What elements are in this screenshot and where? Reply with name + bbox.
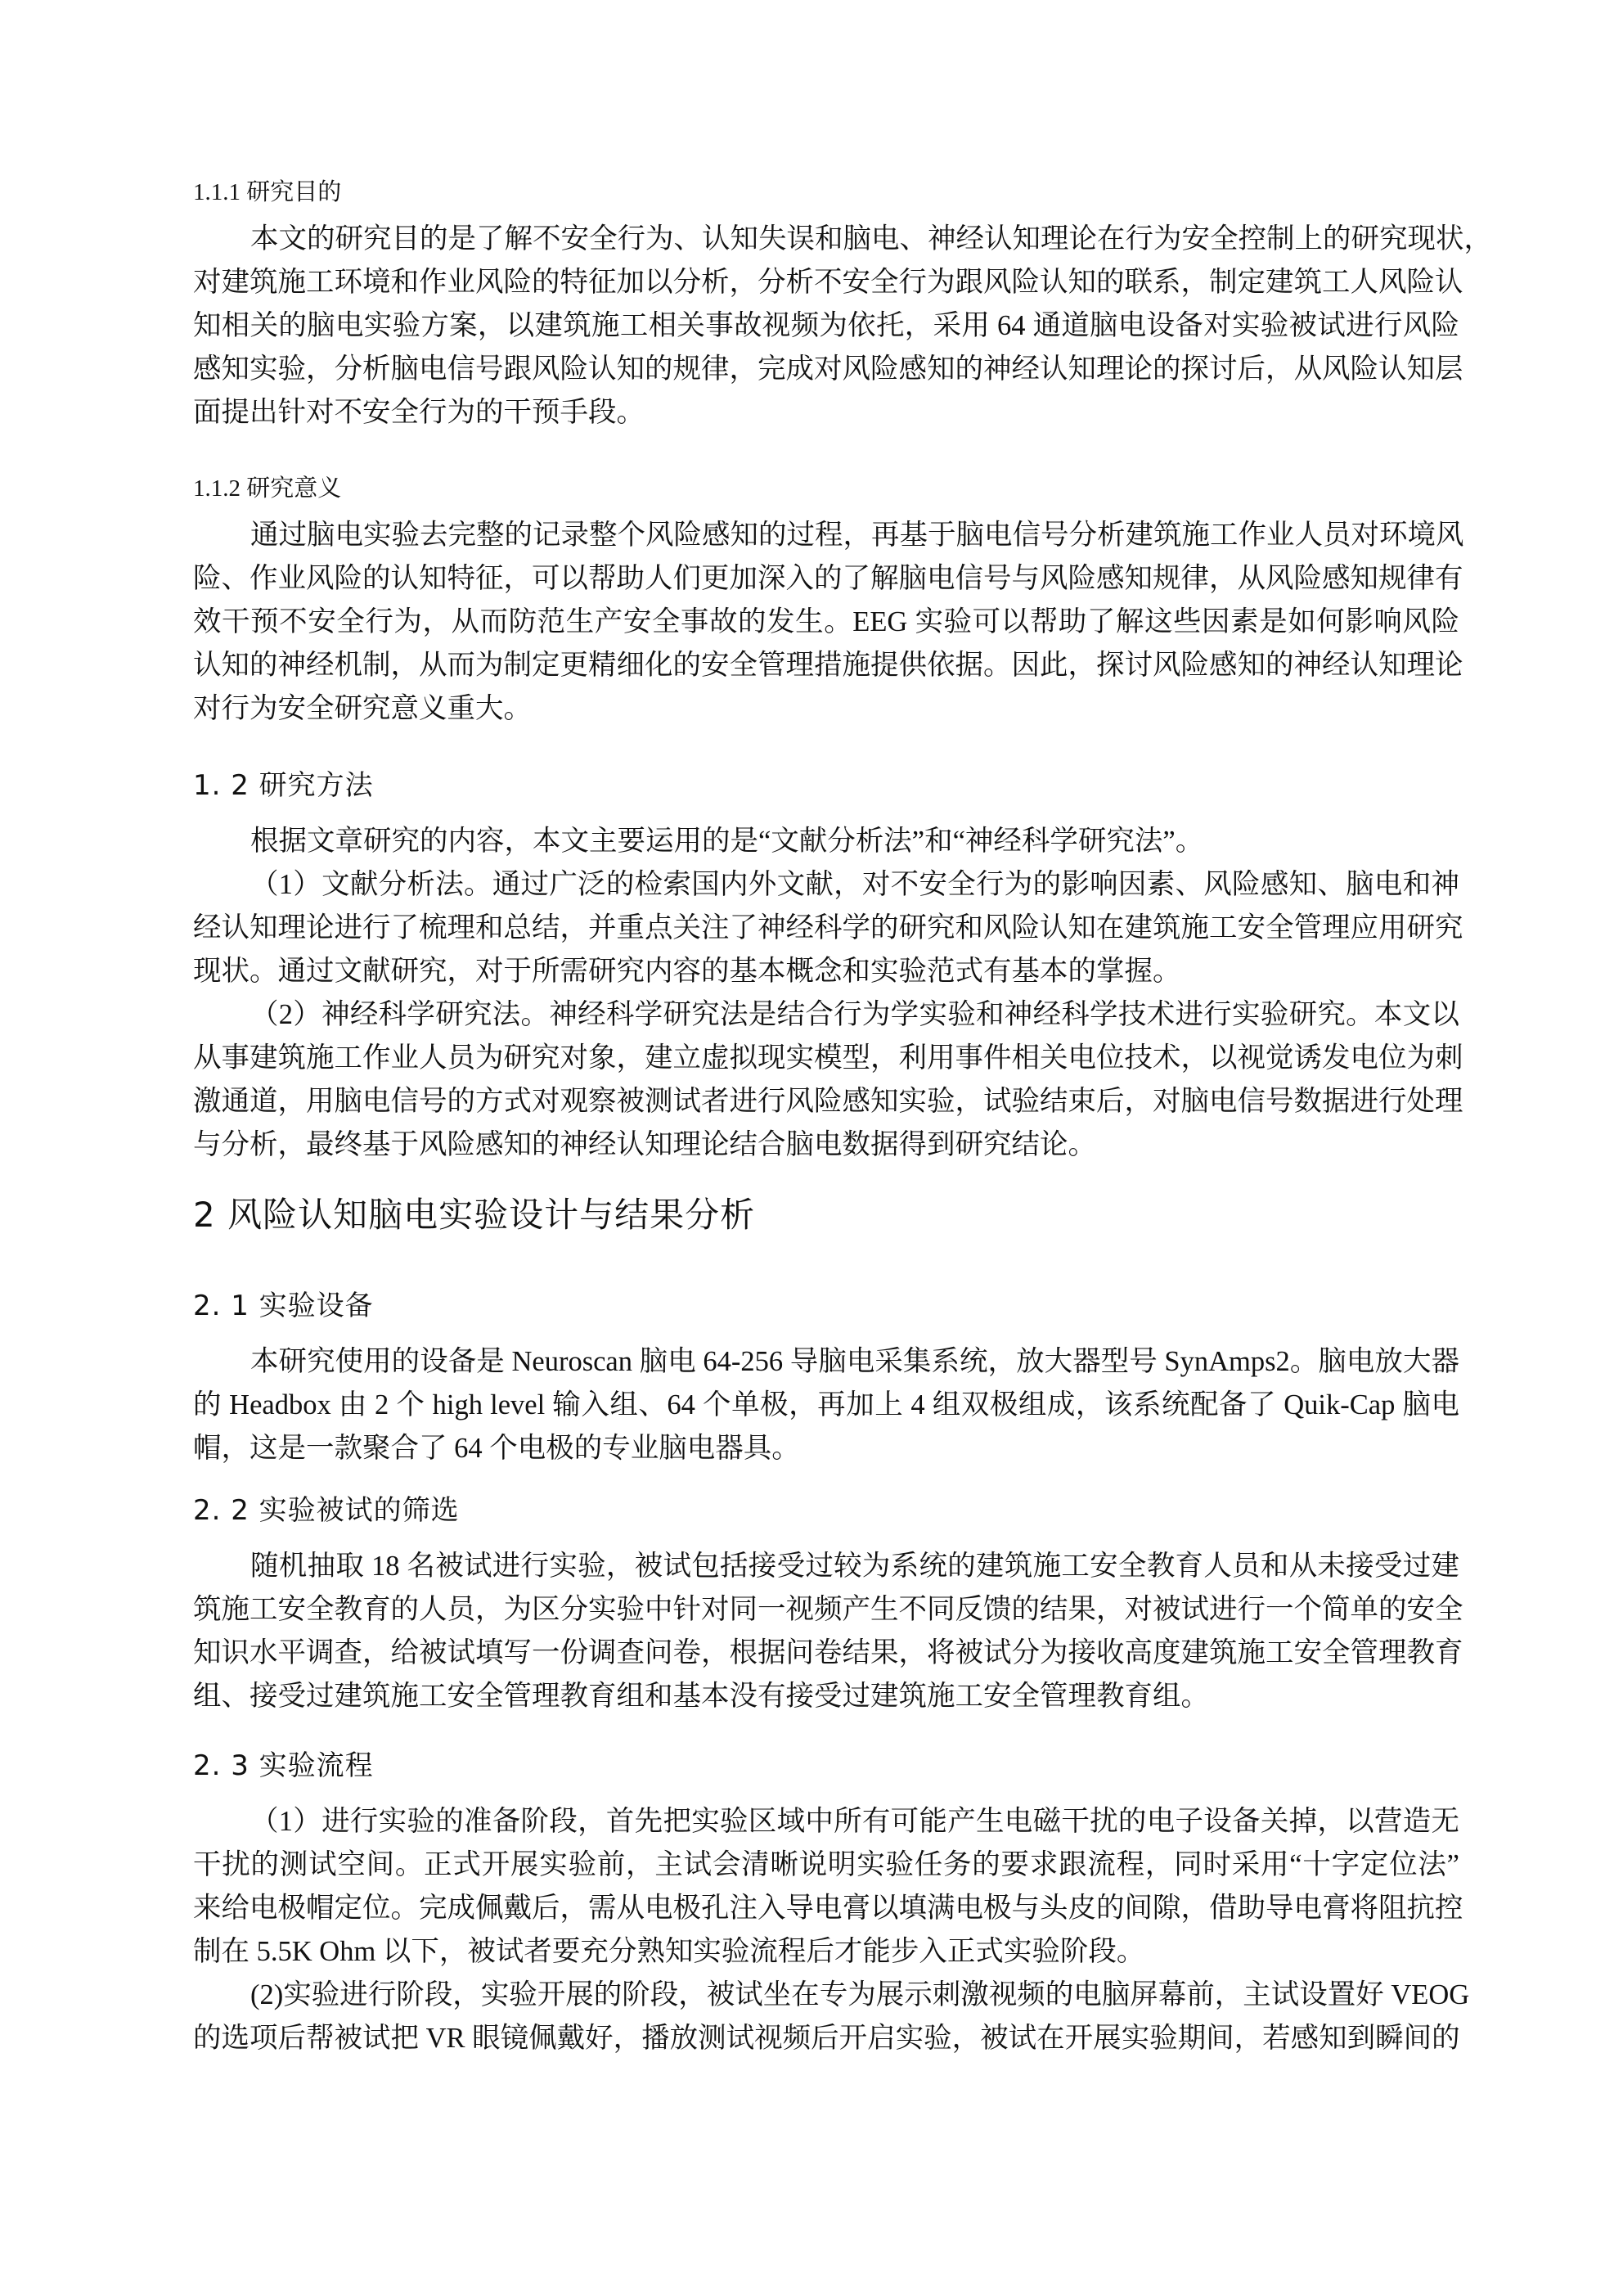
text-line: 从事建筑施工作业人员为研究对象，建立虚拟现实模型，利用事件相关电位技术，以视觉诱… — [193, 1037, 1459, 1080]
text-line: 面提出针对不安全行为的干预手段。 — [193, 391, 1459, 434]
text-line: （1）文献分析法。通过广泛的检索国内外文献，对不安全行为的影响因素、风险感知、脑… — [193, 863, 1459, 907]
text-line: 通过脑电实验去完整的记录整个风险感知的过程，再基于脑电信号分析建筑施工作业人员对… — [193, 514, 1459, 557]
paragraph-equipment: 本研究使用的设备是 Neuroscan 脑电 64-256 导脑电采集系统，放大… — [193, 1340, 1459, 1470]
paragraph-procedure-preparation: （1）进行实验的准备阶段，首先把实验区域中所有可能产生电磁干扰的电子设备关掉，以… — [193, 1800, 1459, 1974]
text-line: 激通道，用脑电信号的方式对观察被测试者进行风险感知实验，试验结束后，对脑电信号数… — [193, 1080, 1459, 1123]
paragraph-subject-selection: 随机抽取 18 名被试进行实验，被试包括接受过较为系统的建筑施工安全教育人员和从… — [193, 1545, 1459, 1718]
text-line: （2）神经科学研究法。神经科学研究法是结合行为学实验和神经科学技术进行实验研究。… — [193, 993, 1459, 1037]
paragraph-research-purpose: 本文的研究目的是了解不安全行为、认知失误和脑电、神经认知理论在行为安全控制上的研… — [193, 218, 1459, 434]
text-line: 帽，这是一款聚合了 64 个电极的专业脑电器具。 — [193, 1427, 1459, 1470]
heading-1-1-1: 1.1.1 研究目的 — [193, 173, 341, 207]
heading-2-1: 2. 1 实验设备 — [193, 1283, 374, 1323]
paragraph-method-literature: （1）文献分析法。通过广泛的检索国内外文献，对不安全行为的影响因素、风险感知、脑… — [193, 863, 1459, 993]
text-line: （1）进行实验的准备阶段，首先把实验区域中所有可能产生电磁干扰的电子设备关掉，以… — [193, 1800, 1459, 1844]
text-line: 的选项后帮被试把 VR 眼镜佩戴好，播放测试视频后开启实验，被试在开展实验期间，… — [193, 2017, 1459, 2060]
text-line: 与分析，最终基于风险感知的神经认知理论结合脑电数据得到研究结论。 — [193, 1123, 1459, 1167]
text-line: (2)实验进行阶段，实验开展的阶段，被试坐在专为展示刺激视频的电脑屏幕前，主试设… — [193, 1974, 1459, 2017]
text-line: 组、接受过建筑施工安全管理教育组和基本没有接受过建筑施工安全管理教育组。 — [193, 1675, 1459, 1718]
paragraph-research-significance: 通过脑电实验去完整的记录整个风险感知的过程，再基于脑电信号分析建筑施工作业人员对… — [193, 514, 1459, 731]
heading-2-2: 2. 2 实验被试的筛选 — [193, 1488, 460, 1528]
text-line: 筑施工安全教育的人员，为区分实验中针对同一视频产生不同反馈的结果，对被试进行一个… — [193, 1588, 1459, 1632]
text-line: 认知的神经机制，从而为制定更精细化的安全管理措施提供依据。因此，探讨风险感知的神… — [193, 644, 1459, 687]
document-page: 1.1.1 研究目的 本文的研究目的是了解不安全行为、认知失误和脑电、神经认知理… — [0, 0, 1623, 2296]
text-line: 知识水平调查，给被试填写一份调查问卷，根据问卷结果，将被试分为接收高度建筑施工安… — [193, 1632, 1459, 1675]
paragraph-method-neuroscience: （2）神经科学研究法。神经科学研究法是结合行为学实验和神经科学技术进行实验研究。… — [193, 993, 1459, 1167]
text-line: 感知实验，分析脑电信号跟风险认知的规律，完成对风险感知的神经认知理论的探讨后，从… — [193, 348, 1459, 391]
text-line: 本研究使用的设备是 Neuroscan 脑电 64-256 导脑电采集系统，放大… — [193, 1340, 1459, 1384]
text-line: 来给电极帽定位。完成佩戴后，需从电极孔注入导电膏以填满电极与头皮的间隙，借助导电… — [193, 1887, 1459, 1930]
heading-1-2: 1. 2 研究方法 — [193, 763, 374, 803]
paragraph-procedure-execution: (2)实验进行阶段，实验开展的阶段，被试坐在专为展示刺激视频的电脑屏幕前，主试设… — [193, 1974, 1459, 2060]
heading-2-3: 2. 3 实验流程 — [193, 1743, 374, 1783]
text-line: 对行为安全研究意义重大。 — [193, 687, 1459, 731]
text-line: 制在 5.5K Ohm 以下，被试者要充分熟知实验流程后才能步入正式实验阶段。 — [193, 1930, 1459, 1974]
text-line: 效干预不安全行为，从而防范生产安全事故的发生。EEG 实验可以帮助了解这些因素是… — [193, 601, 1459, 644]
text-line: 随机抽取 18 名被试进行实验，被试包括接受过较为系统的建筑施工安全教育人员和从… — [193, 1545, 1459, 1588]
text-line: 的 Headbox 由 2 个 high level 输入组、64 个单极，再加… — [193, 1384, 1459, 1427]
text-line: 根据文章研究的内容，本文主要运用的是“文献分析法”和“神经科学研究法”。 — [193, 820, 1459, 863]
text-line: 经认知理论进行了梳理和总结，并重点关注了神经科学的研究和风险认知在建筑施工安全管… — [193, 907, 1459, 950]
heading-1-1-2: 1.1.2 研究意义 — [193, 470, 341, 503]
paragraph-methods-intro: 根据文章研究的内容，本文主要运用的是“文献分析法”和“神经科学研究法”。 — [193, 820, 1459, 863]
heading-chapter-2: 2 风险认知脑电实验设计与结果分析 — [193, 1188, 755, 1237]
text-line: 知相关的脑电实验方案，以建筑施工相关事故视频为依托，采用 64 通道脑电设备对实… — [193, 304, 1459, 348]
text-line: 现状。通过文献研究，对于所需研究内容的基本概念和实验范式有基本的掌握。 — [193, 950, 1459, 993]
text-line: 干扰的测试空间。正式开展实验前，主试会清晰说明实验任务的要求跟流程，同时采用“十… — [193, 1844, 1459, 1887]
text-line: 对建筑施工环境和作业风险的特征加以分析，分析不安全行为跟风险认知的联系，制定建筑… — [193, 261, 1459, 304]
text-line: 险、作业风险的认知特征，可以帮助人们更加深入的了解脑电信号与风险感知规律，从风险… — [193, 557, 1459, 601]
text-line: 本文的研究目的是了解不安全行为、认知失误和脑电、神经认知理论在行为安全控制上的研… — [193, 218, 1459, 261]
